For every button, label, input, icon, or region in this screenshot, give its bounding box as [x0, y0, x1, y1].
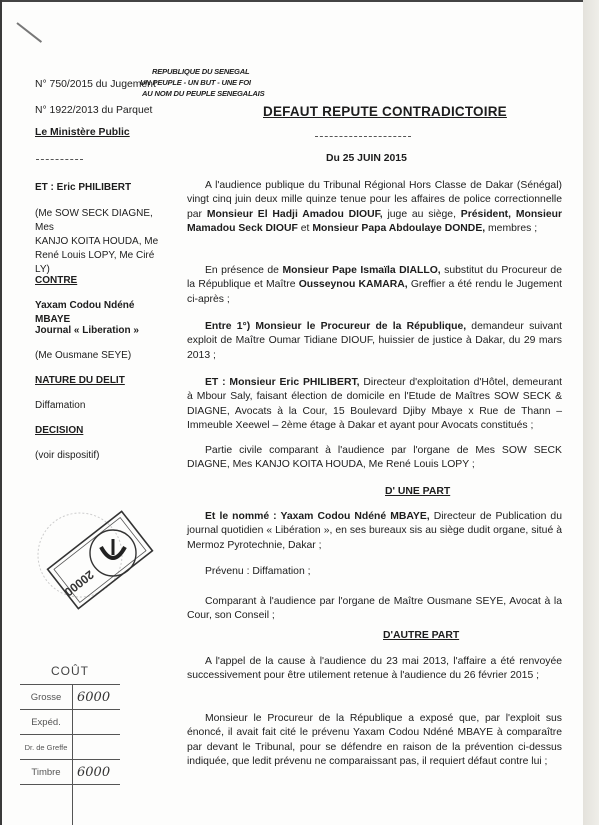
cost-label: Grosse — [20, 685, 73, 709]
plaintiff-lawyer-line: René Louis LOPY, Me Ciré LY) — [35, 249, 170, 274]
paragraph-procureur: Monsieur le Procureur de la République a… — [187, 712, 562, 770]
cost-label — [20, 785, 73, 825]
cost-row-blank — [20, 784, 120, 825]
text-run: et — [298, 223, 312, 234]
plaintiff-lawyer-line: (Me SOW SECK DIAGNE, Mes — [35, 207, 170, 235]
document-title: DEFAUT REPUTE CONTRADICTOIRE — [263, 104, 507, 119]
text-run: Prévenu : Diffamation ; — [205, 566, 311, 577]
cost-row-grosse: Grosse 6000 — [20, 684, 120, 709]
paragraph-entre: Entre 1°) Monsieur le Procureur de la Ré… — [187, 320, 562, 363]
scan-shadow-right — [583, 0, 599, 825]
judgement-number: N° 750/2015 du Jugement — [35, 78, 156, 92]
cost-table: COÛT Grosse 6000 Expéd. Dr. de Greffe Ti… — [20, 660, 120, 825]
left-divider — [36, 159, 83, 160]
paragraph-presence: En présence de Monsieur Pape Ismaïla DIA… — [187, 264, 562, 307]
ministere-public-label: Le Ministère Public — [35, 126, 130, 140]
defense-lawyer: (Me Ousmane SEYE) — [35, 349, 170, 374]
text-run: Monsieur le Procureur de la République a… — [187, 713, 562, 767]
seal-icon: 20000 — [25, 495, 165, 620]
paragraph-appel: A l'appel de la cause à l'audience du 23… — [187, 655, 562, 684]
paragraph-prevenu: Prévenu : Diffamation ; — [187, 565, 562, 579]
bold-run: ET : Monsieur Eric PHILIBERT, — [205, 377, 360, 388]
cost-title: COÛT — [20, 660, 120, 684]
decision-label: DECISION — [35, 424, 170, 449]
paragraph-partie-civile: Partie civile comparant à l'audience par… — [187, 444, 562, 473]
court-seal-stamp: 20000 — [25, 495, 165, 620]
cost-value: 6000 — [73, 765, 120, 780]
bold-run: Entre 1°) Monsieur le Procureur de la Ré… — [205, 321, 466, 332]
nature-delit-label: NATURE DU DELIT — [35, 374, 170, 399]
bold-run: Monsieur Papa Abdoulaye DONDE, — [312, 223, 485, 234]
republic-stamp: REPUBLIQUE DU SENEGAL UN PEUPLE - UN BUT… — [140, 66, 270, 99]
text-run: En présence de — [205, 265, 282, 276]
defendant-name: Yaxam Codou Ndéné MBAYE — [35, 299, 170, 324]
text-run: membres ; — [485, 223, 537, 234]
stamp-line: AU NOM DU PEUPLE SENEGALAIS — [140, 88, 270, 99]
text-run: Partie civile comparant à l'audience par… — [187, 445, 562, 470]
text-run: A l'appel de la cause à l'audience du 23… — [187, 656, 562, 681]
text-run: Comparant à l'audience par l'organe de M… — [187, 596, 562, 621]
paragraph-audience: A l'audience publique du Tribunal Région… — [187, 179, 562, 237]
d-autre-part-label: D'AUTRE PART — [383, 630, 459, 641]
scan-border-left — [0, 0, 2, 825]
cost-row-timbre: Timbre 6000 — [20, 759, 120, 784]
title-divider — [315, 136, 411, 137]
paragraph-defendant: Et le nommé : Yaxam Codou Ndéné MBAYE, D… — [187, 510, 562, 553]
cost-label: Expéd. — [20, 710, 73, 734]
bold-run: Monsieur El Hadji Amadou DIOUF, — [207, 209, 383, 220]
cost-value: 6000 — [73, 690, 120, 705]
text-run: juge au siège, — [383, 209, 461, 220]
scan-border-top — [0, 0, 599, 2]
left-column: ET : Eric PHILIBERT (Me SOW SECK DIAGNE,… — [35, 181, 170, 463]
paragraph-comparant: Comparant à l'audience par l'organe de M… — [187, 595, 562, 624]
bold-run: Et le nommé : Yaxam Codou Ndéné MBAYE, — [205, 511, 430, 522]
plaintiff-name: ET : Eric PHILIBERT — [35, 181, 170, 207]
d-une-part-label: D' UNE PART — [385, 486, 450, 497]
contre-label: CONTRE — [35, 274, 170, 299]
stamp-line: REPUBLIQUE DU SENEGAL — [140, 66, 270, 77]
bold-run: Monsieur Pape Ismaïla DIALLO, — [282, 265, 440, 276]
cost-row-greffe: Dr. de Greffe — [20, 734, 120, 759]
paragraph-et-plaintiff: ET : Monsieur Eric PHILIBERT, Directeur … — [187, 376, 562, 434]
cost-row-exped: Expéd. — [20, 709, 120, 734]
nature-delit-value: Diffamation — [35, 399, 170, 424]
pen-mark — [16, 22, 42, 43]
document-date: Du 25 JUIN 2015 — [326, 152, 407, 166]
journal-name: Journal « Liberation » — [35, 324, 170, 349]
cost-label: Dr. de Greffe — [20, 735, 73, 759]
parquet-number: N° 1922/2013 du Parquet — [35, 104, 152, 118]
bold-run: Ousseynou KAMARA, — [299, 279, 408, 290]
stamp-line: UN PEUPLE - UN BUT - UNE FOI — [140, 77, 270, 88]
plaintiff-lawyer-line: KANJO KOITA HOUDA, Me — [35, 235, 170, 249]
decision-value: (voir dispositif) — [35, 449, 170, 463]
cost-label: Timbre — [20, 760, 73, 784]
bold-run: Président, — [461, 209, 511, 220]
